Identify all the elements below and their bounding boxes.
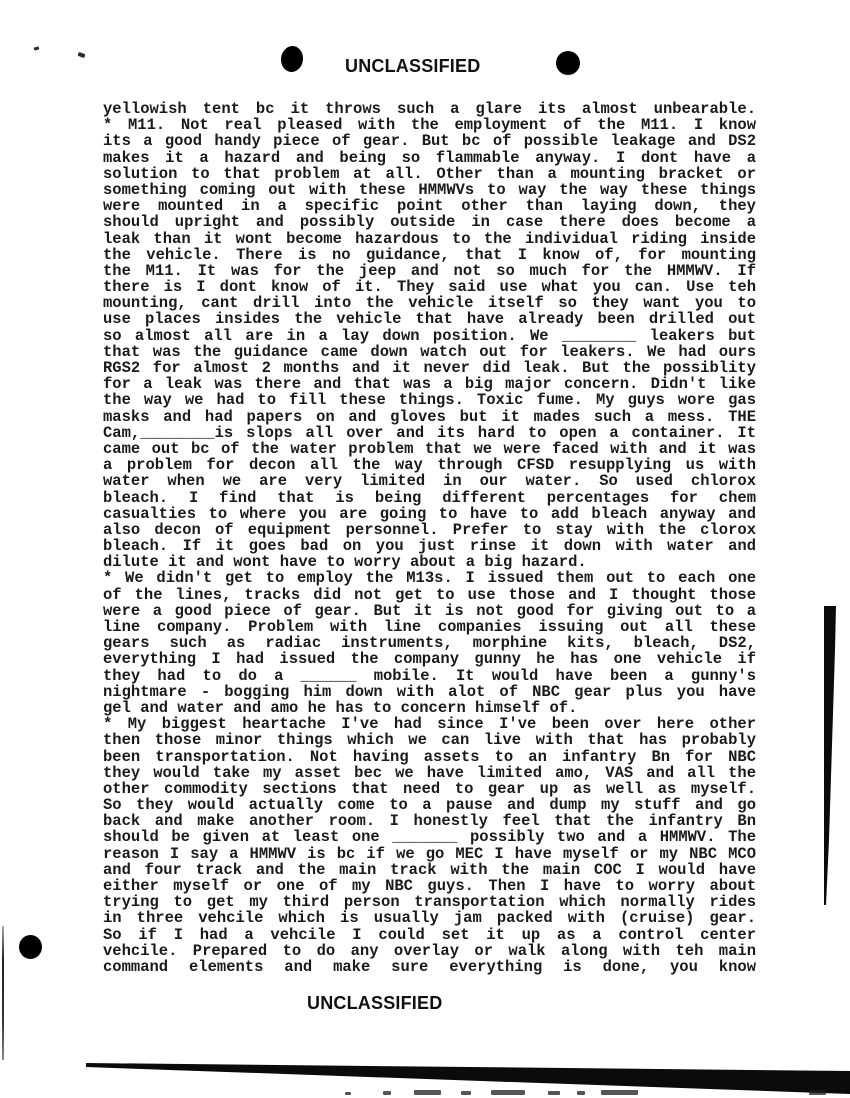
cutoff-text-artifact <box>809 1090 826 1095</box>
cutoff-text-artifact <box>383 1091 391 1095</box>
cutoff-text-artifact <box>345 1092 351 1095</box>
cutoff-text-artifact <box>577 1091 585 1095</box>
cutoff-text-artifact <box>548 1091 560 1095</box>
document-page: UNCLASSIFIED yellowish tent bc it throws… <box>0 0 850 1098</box>
scan-artifacts-layer <box>0 0 850 1098</box>
cutoff-text-artifact <box>491 1090 525 1095</box>
cutoff-text-artifact <box>601 1090 638 1095</box>
cutoff-text-artifact <box>461 1091 471 1095</box>
scan-streak-right <box>824 606 836 905</box>
cutoff-text-artifact <box>414 1090 441 1095</box>
scan-streak-bottom <box>86 1063 850 1094</box>
